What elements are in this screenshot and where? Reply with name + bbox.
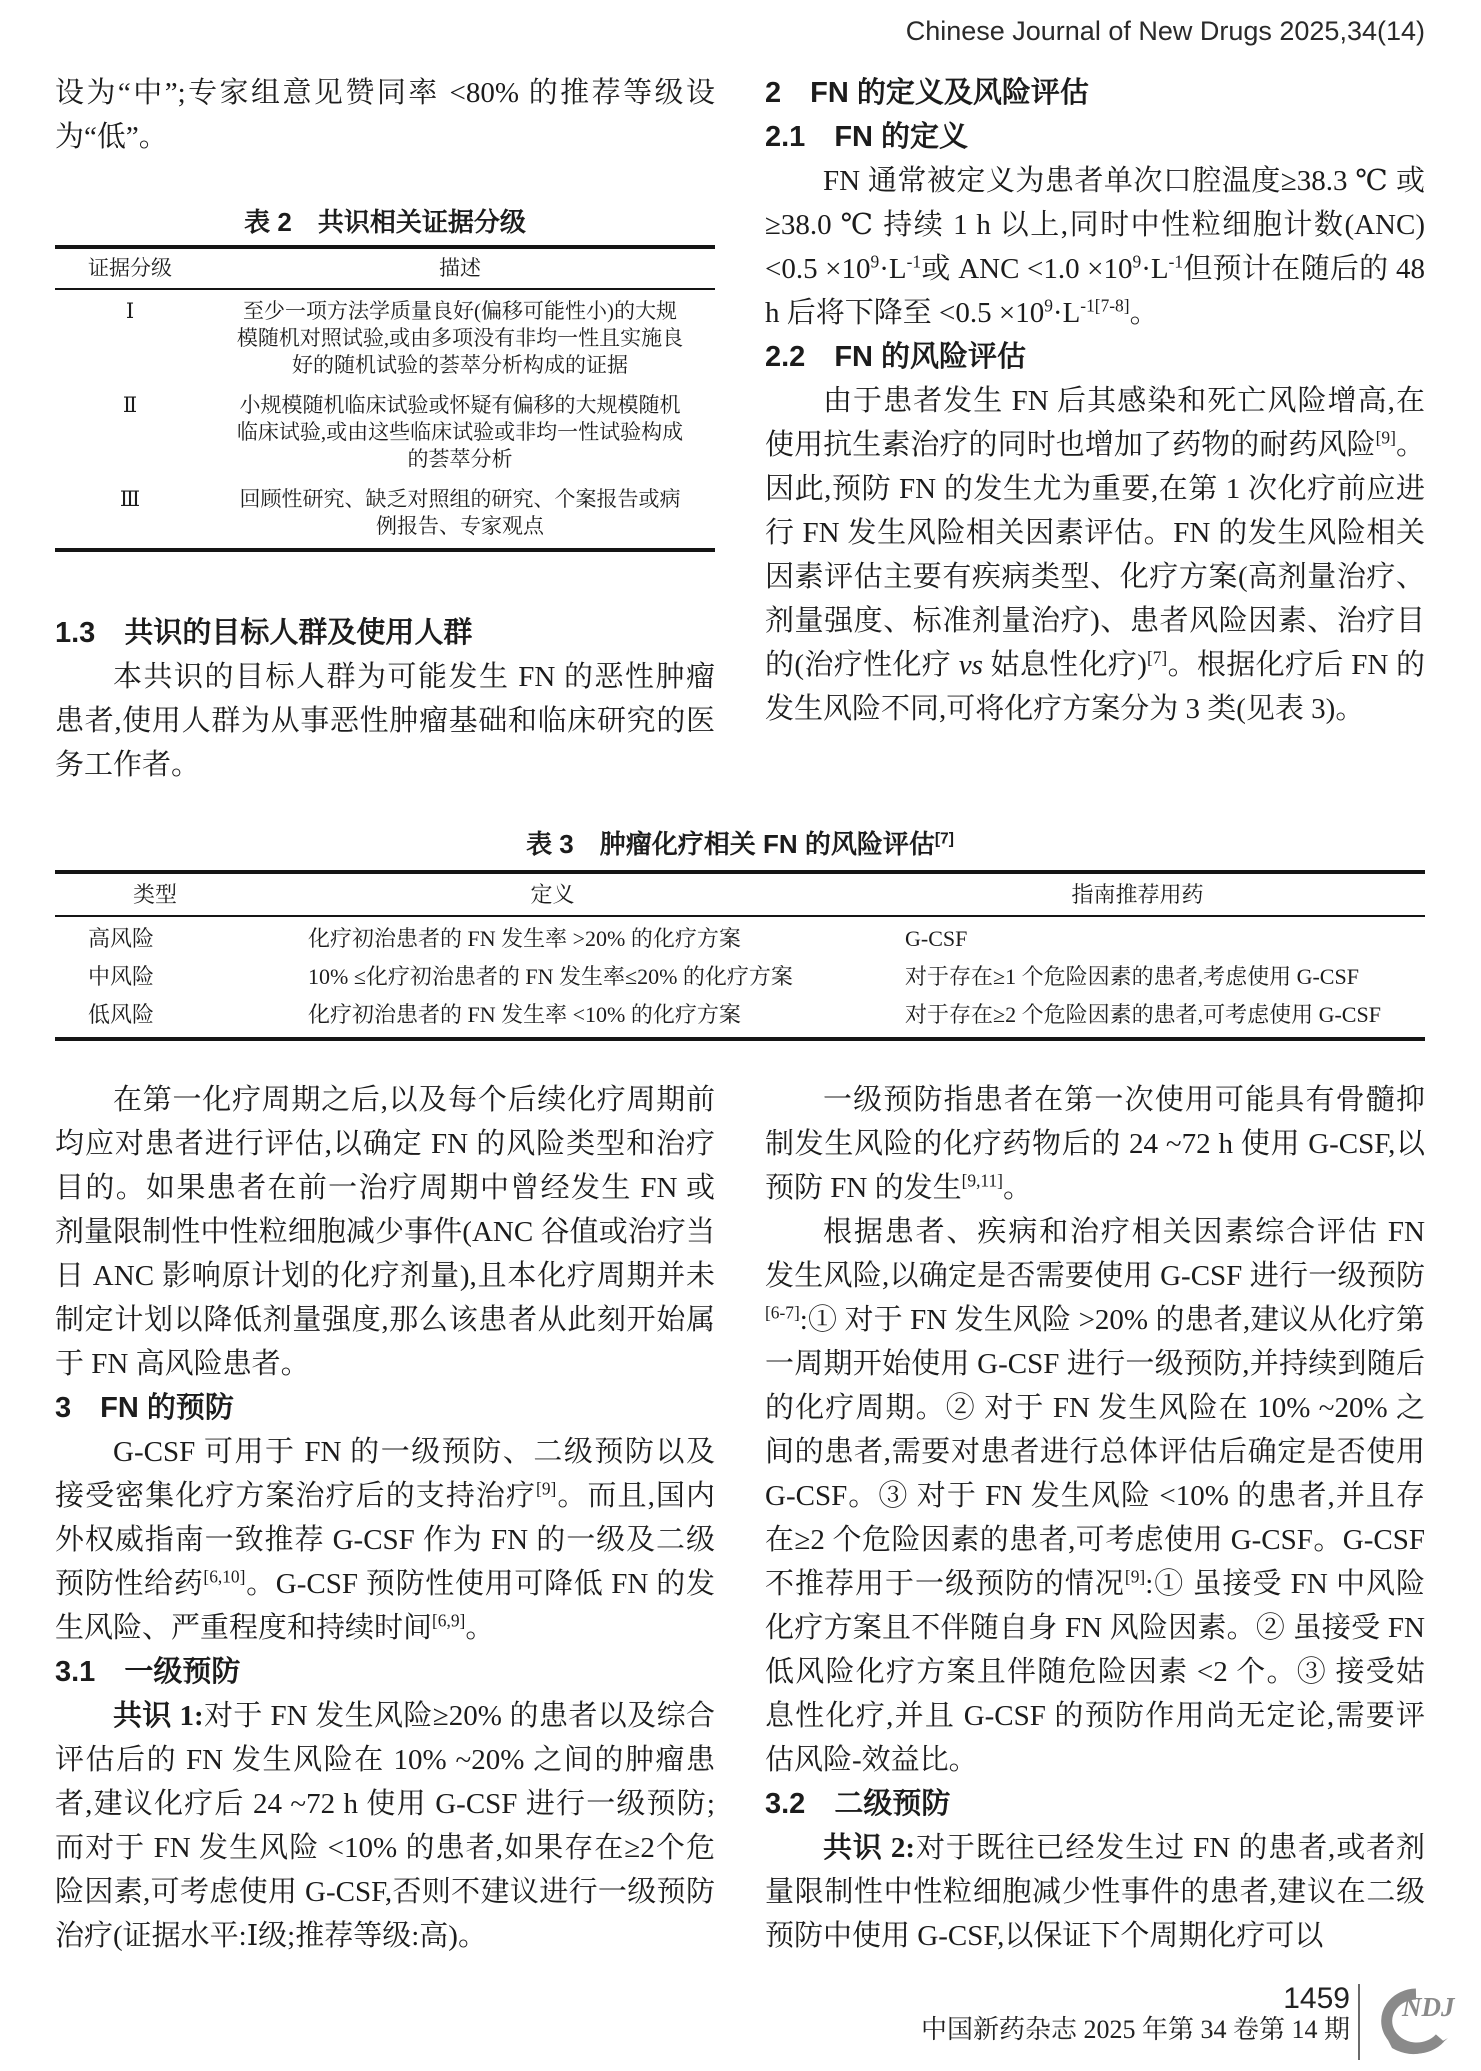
table2-title: 表 2 共识相关证据分级 (55, 205, 715, 239)
left-column-lower: 在第一化疗周期之后,以及每个后续化疗周期前均应对患者进行评估,以确定 FN 的风… (55, 1078, 715, 1958)
risk-type: 中风险 (55, 965, 255, 989)
risk-reassessment-paragraph: 在第一化疗周期之后,以及每个后续化疗周期前均应对患者进行评估,以确定 FN 的风… (55, 1078, 715, 1386)
table3-section: 表 3 肿瘤化疗相关 FN 的风险评估[7] 类型 定义 指南推荐用药 高风险 … (55, 820, 1425, 1041)
footer-journal-info: 中国新药杂志 2025 年第 34 卷第 14 期 (921, 2014, 1350, 2046)
table3-header-recommendation: 指南推荐用药 (850, 882, 1425, 907)
evidence-grade: Ⅱ (55, 392, 205, 473)
risk-definition: 化疗初治患者的 FN 发生率 >20% 的化疗方案 (255, 927, 850, 951)
table2-header-desc: 描述 (205, 255, 715, 282)
page-number: 1459 (1283, 1982, 1350, 2016)
risk-recommendation: 对于存在≥1 个危险因素的患者,考虑使用 G-CSF (850, 965, 1425, 989)
risk-recommendation: G-CSF (850, 927, 1425, 951)
table-row: 中风险 10% ≤化疗初治患者的 FN 发生率≤20% 的化疗方案 对于存在≥1… (55, 965, 1425, 989)
table2-body: Ⅰ 至少一项方法学质量良好(偏移可能性小)的大规模随机对照试验,或由多项没有非均… (55, 290, 715, 548)
left-column-upper: 设为“中”;专家组意见赞同率 <80% 的推荐等级设为“低”。 表 2 共识相关… (55, 71, 715, 787)
evidence-description: 回顾性研究、缺乏对照组的研究、个案报告或病例报告、专家观点 (205, 486, 715, 540)
footer-divider (1358, 1984, 1360, 2060)
table3: 类型 定义 指南推荐用药 高风险 化疗初治患者的 FN 发生率 >20% 的化疗… (55, 870, 1425, 1041)
risk-type: 高风险 (55, 927, 255, 951)
journal-page: Chinese Journal of New Drugs 2025,34(14)… (0, 0, 1481, 2071)
table-row: Ⅲ 回顾性研究、缺乏对照组的研究、个案报告或病例报告、专家观点 (55, 486, 715, 540)
evidence-description: 至少一项方法学质量良好(偏移可能性小)的大规模随机对照试验,或由多项没有非均一性… (205, 298, 715, 379)
table2: 证据分级 描述 Ⅰ 至少一项方法学质量良好(偏移可能性小)的大规模随机对照试验,… (55, 245, 715, 552)
table-row: Ⅱ 小规模随机临床试验或怀疑有偏移的大规模随机临床试验,或由这些临床试验或非均一… (55, 392, 715, 473)
section-2-1-paragraph: FN 通常被定义为患者单次口腔温度≥38.3 ℃ 或≥38.0 ℃ 持续 1 h… (765, 159, 1425, 335)
right-column-lower: 一级预防指患者在第一次使用可能具有骨髓抑制发生风险的化疗药物后的 24 ~72 … (765, 1078, 1425, 1958)
risk-type: 低风险 (55, 1003, 255, 1027)
section-heading-3: 3 FN 的预防 (55, 1386, 715, 1430)
table2-header-grade: 证据分级 (55, 255, 205, 282)
section-heading-3-2: 3.2 二级预防 (765, 1782, 1425, 1826)
table-row: 低风险 化疗初治患者的 FN 发生率 <10% 的化疗方案 对于存在≥2 个危险… (55, 1003, 1425, 1027)
journal-logo-icon: NDJ (1368, 1980, 1468, 2064)
table3-header-definition: 定义 (255, 882, 850, 907)
table2-header-row: 证据分级 描述 (55, 249, 715, 290)
section-3-paragraph: G-CSF 可用于 FN 的一级预防、二级预防以及接受密集化疗方案治疗后的支持治… (55, 1430, 715, 1650)
consensus-2-paragraph: 共识 2:对于既往已经发生过 FN 的患者,或者剂量限制性中性粒细胞减少性事件的… (765, 1826, 1425, 1958)
table-row: Ⅰ 至少一项方法学质量良好(偏移可能性小)的大规模随机对照试验,或由多项没有非均… (55, 298, 715, 379)
evidence-grade: Ⅲ (55, 486, 205, 540)
section-1-3-paragraph: 本共识的目标人群为可能发生 FN 的恶性肿瘤患者,使用人群为从事恶性肿瘤基础和临… (55, 655, 715, 787)
section-heading-2-2: 2.2 FN 的风险评估 (765, 335, 1425, 379)
evidence-grade: Ⅰ (55, 298, 205, 379)
evidence-description: 小规模随机临床试验或怀疑有偏移的大规模随机临床试验,或由这些临床试验或非均一性试… (205, 392, 715, 473)
section-heading-2: 2 FN 的定义及风险评估 (765, 71, 1425, 115)
table-row: 高风险 化疗初治患者的 FN 发生率 >20% 的化疗方案 G-CSF (55, 927, 1425, 951)
risk-definition: 10% ≤化疗初治患者的 FN 发生率≤20% 的化疗方案 (255, 965, 850, 989)
section-heading-2-1: 2.1 FN 的定义 (765, 115, 1425, 159)
table3-header-type: 类型 (55, 882, 255, 907)
section-heading-1-3: 1.3 共识的目标人群及使用人群 (55, 611, 715, 655)
continuation-paragraph: 设为“中”;专家组意见赞同率 <80% 的推荐等级设为“低”。 (55, 71, 715, 159)
table3-title: 表 3 肿瘤化疗相关 FN 的风险评估[7] (55, 820, 1425, 862)
section-2-2-paragraph: 由于患者发生 FN 后其感染和死亡风险增高,在使用抗生素治疗的同时也增加了药物的… (765, 379, 1425, 731)
right-column-upper: 2 FN 的定义及风险评估 2.1 FN 的定义 FN 通常被定义为患者单次口腔… (765, 71, 1425, 731)
section-heading-3-1: 3.1 一级预防 (55, 1650, 715, 1694)
primary-prophylaxis-definition-paragraph: 一级预防指患者在第一次使用可能具有骨髓抑制发生风险的化疗药物后的 24 ~72 … (765, 1078, 1425, 1210)
primary-prophylaxis-assessment-paragraph: 根据患者、疾病和治疗相关因素综合评估 FN 发生风险,以确定是否需要使用 G-C… (765, 1210, 1425, 1782)
journal-logo-letters: NDJ (1401, 1992, 1456, 2022)
table3-body: 高风险 化疗初治患者的 FN 发生率 >20% 的化疗方案 G-CSF 中风险 … (55, 917, 1425, 1037)
table3-header-row: 类型 定义 指南推荐用药 (55, 874, 1425, 917)
consensus-1-paragraph: 共识 1:对于 FN 发生风险≥20% 的患者以及综合评估后的 FN 发生风险在… (55, 1694, 715, 1958)
risk-definition: 化疗初治患者的 FN 发生率 <10% 的化疗方案 (255, 1003, 850, 1027)
journal-header: Chinese Journal of New Drugs 2025,34(14) (906, 16, 1425, 47)
risk-recommendation: 对于存在≥2 个危险因素的患者,可考虑使用 G-CSF (850, 1003, 1425, 1027)
